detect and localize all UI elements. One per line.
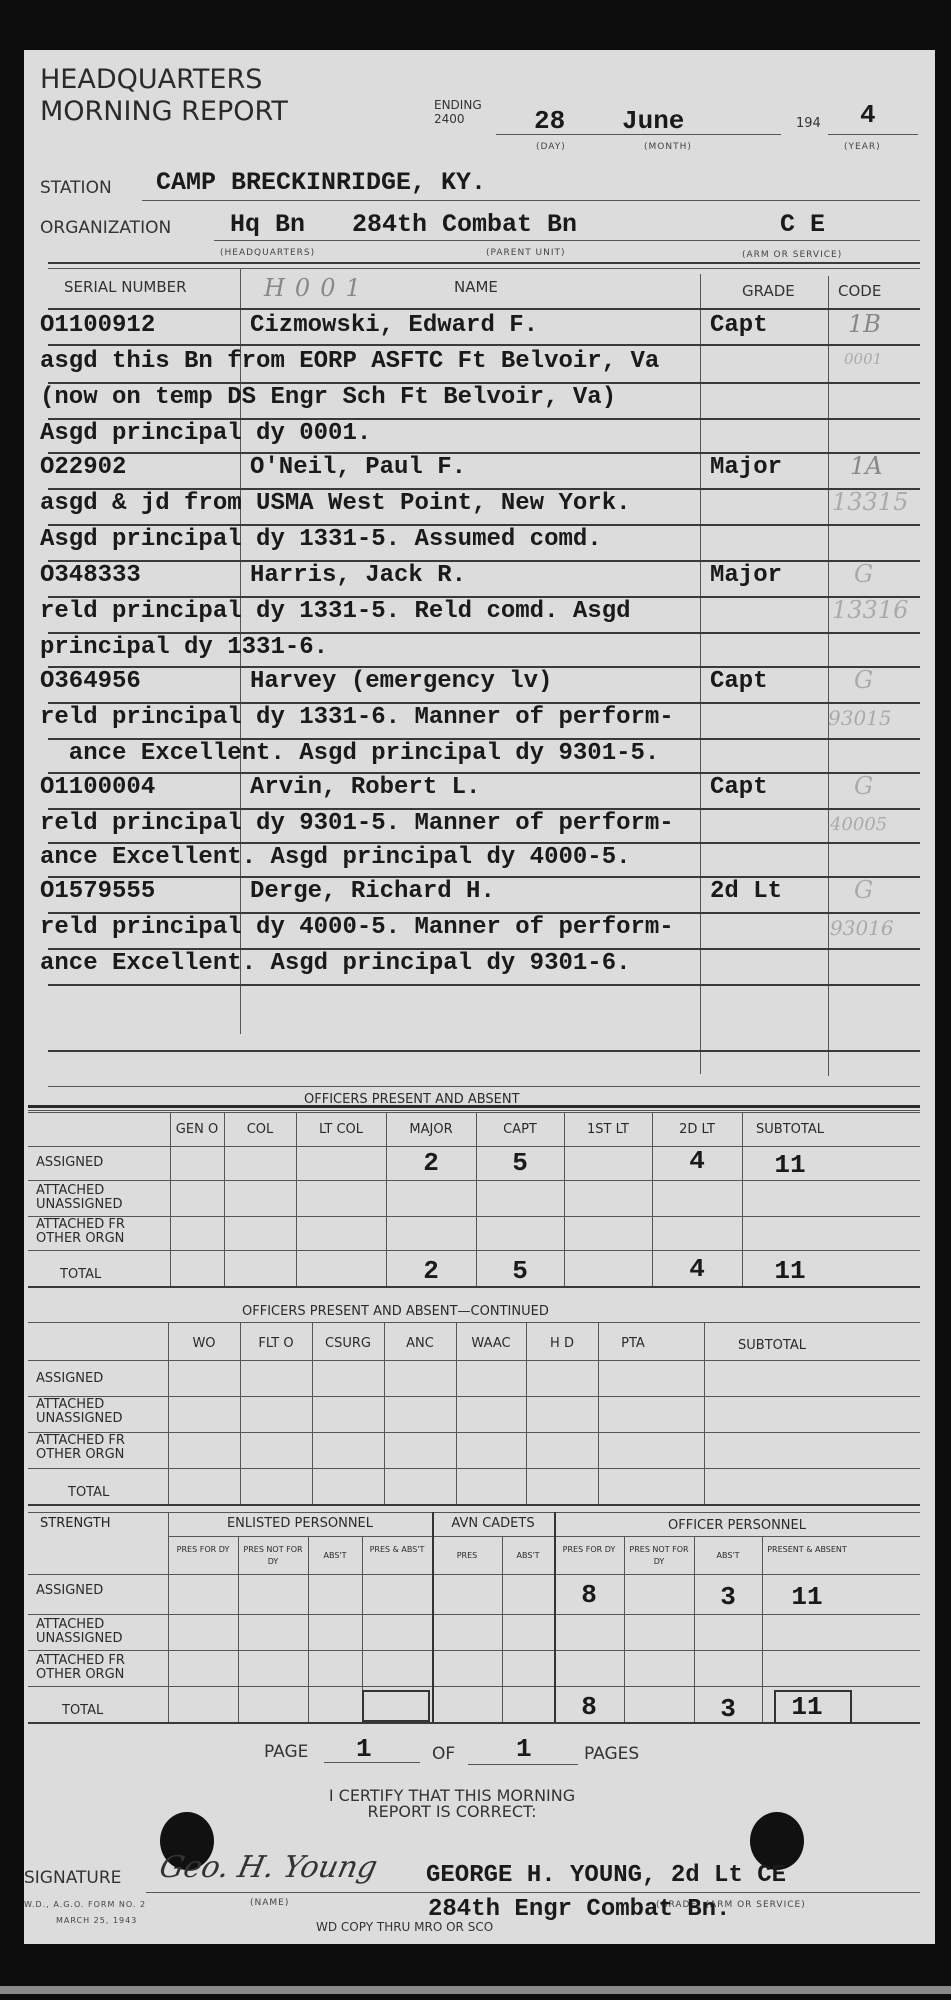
col-enl-pres-not-for-dy: PRES NOT FOR DY <box>238 1544 308 1568</box>
entry-code: 93015 <box>828 706 892 730</box>
entry-name: Cizmowski, Edward F. <box>250 312 538 339</box>
arm-caption: (ARM OR SERVICE) <box>742 250 842 260</box>
entry-remark: principal dy 1331-6. <box>40 634 328 661</box>
pages-label: PAGES <box>584 1744 639 1764</box>
entry-serial: O1100004 <box>40 774 155 801</box>
group-officer-personnel: OFFICER PERSONNEL <box>554 1518 920 1533</box>
entry-grade: Major <box>710 454 782 481</box>
table-rule <box>28 1574 920 1575</box>
entry-serial: O22902 <box>40 454 126 481</box>
col-name: NAME <box>454 278 498 296</box>
entry-remark: (now on temp DS Engr Sch Ft Belvoir, Va) <box>40 384 616 411</box>
row-rule <box>48 452 920 454</box>
col-off-present-absent: PRESENT & ABSENT <box>762 1544 852 1556</box>
certification-line-2: REPORT IS CORRECT: <box>282 1804 622 1820</box>
table-rule <box>28 1110 920 1111</box>
col-1st-lt: 1ST LT <box>564 1122 652 1137</box>
entry-name: Harris, Jack R. <box>250 562 466 589</box>
entry-code: 13315 <box>832 488 908 516</box>
form-date: MARCH 25, 1943 <box>56 1916 137 1925</box>
entry-code: G <box>854 876 873 904</box>
organization-headquarters: Hq Bn <box>230 210 305 239</box>
total-off-pres-for-dy: 8 <box>554 1692 624 1722</box>
entry-remark: reld principal dy 4000-5. Manner of perf… <box>40 914 674 941</box>
col-capt: CAPT <box>476 1122 564 1137</box>
signature-underline <box>146 1892 920 1893</box>
assigned-off-pres-for-dy: 8 <box>554 1580 624 1610</box>
row-rule <box>48 772 920 774</box>
entry-remark: ance Excellent. Asgd principal dy 9301-5… <box>40 740 659 767</box>
col-flt-o: FLT O <box>240 1336 312 1351</box>
entry-code: 1B <box>848 310 881 338</box>
col-subtotal: SUBTOTAL <box>742 1122 838 1137</box>
col-gen-o: GEN O <box>170 1122 224 1137</box>
total-pages: 1 <box>516 1734 532 1764</box>
entry-name: Derge, Richard H. <box>250 878 495 905</box>
entry-serial: O1100912 <box>40 312 155 339</box>
entry-serial: O1579555 <box>40 878 155 905</box>
col-divider <box>308 1536 309 1722</box>
col-enl-pres-for-dy: PRES FOR DY <box>168 1544 238 1556</box>
row-total: TOTAL <box>62 1704 103 1718</box>
morning-report-form: HEADQUARTERS MORNING REPORT ENDING 2400 … <box>24 50 935 1944</box>
col-col: COL <box>224 1122 296 1137</box>
row-total: TOTAL <box>68 1486 109 1500</box>
parent-unit-caption: (PARENT UNIT) <box>486 248 566 258</box>
row-assigned: ASSIGNED <box>36 1372 103 1386</box>
station-label: STATION <box>40 178 112 198</box>
title-line-1: HEADQUARTERS <box>40 64 288 96</box>
col-csurg: CSURG <box>312 1336 384 1351</box>
total-2d-lt: 4 <box>652 1254 742 1284</box>
table-rule <box>28 1432 920 1433</box>
signature-label: SIGNATURE <box>24 1868 121 1888</box>
entry-serial: O364956 <box>40 668 141 695</box>
total-subtotal: 11 <box>742 1256 838 1286</box>
headquarters-caption: (HEADQUARTERS) <box>220 248 315 258</box>
col-divider <box>224 1112 225 1286</box>
organization-arm-service: C E <box>780 210 825 239</box>
col-wo: WO <box>168 1336 240 1351</box>
entries-top-rule-2 <box>48 268 920 269</box>
organization-underline <box>214 240 920 241</box>
assigned-off-abst: 3 <box>694 1582 762 1612</box>
officers-table-title: OFFICERS PRESENT AND ABSENT <box>304 1092 520 1107</box>
group-enlisted-personnel: ENLISTED PERSONNEL <box>168 1516 432 1531</box>
col-enl-pres-abst: PRES & ABS'T <box>362 1544 432 1556</box>
entry-code: 0001 <box>844 350 882 368</box>
table-rule <box>28 1512 920 1513</box>
entry-grade: Capt <box>710 312 768 339</box>
row-rule <box>48 984 920 986</box>
total-capt: 5 <box>476 1256 564 1286</box>
entry-remark: reld principal dy 1331-5. Reld comd. Asg… <box>40 598 631 625</box>
col-waac: WAAC <box>456 1336 526 1351</box>
handwritten-note: H001 <box>264 274 371 302</box>
table-rule <box>28 1216 920 1217</box>
entry-code: 93016 <box>830 916 894 940</box>
table-rule <box>28 1286 920 1288</box>
assigned-major: 2 <box>386 1148 476 1178</box>
table-rule <box>28 1614 920 1615</box>
report-day: 28 <box>534 106 565 136</box>
day-caption: (DAY) <box>536 142 566 152</box>
col-serial-number: SERIAL NUMBER <box>64 278 187 296</box>
section-rule <box>28 1112 920 1113</box>
table-rule <box>28 1322 920 1323</box>
row-attached-unassigned: ATTACHED UNASSIGNED <box>36 1184 146 1212</box>
entry-code: G <box>854 772 873 800</box>
row-attached-unassigned: ATTACHED UNASSIGNED <box>36 1618 146 1646</box>
col-hd: H D <box>526 1336 598 1351</box>
entry-code: 1A <box>850 452 883 480</box>
officers-continued-title: OFFICERS PRESENT AND ABSENT—CONTINUED <box>242 1304 549 1319</box>
certification-text: I CERTIFY THAT THIS MORNING REPORT IS CO… <box>282 1788 622 1820</box>
grade-code-divider <box>828 276 829 1076</box>
assigned-subtotal: 11 <box>742 1150 838 1180</box>
col-grade: GRADE <box>742 282 795 300</box>
row-rule <box>48 308 920 310</box>
strength-label: STRENGTH <box>40 1516 111 1531</box>
row-attached-fr-other: ATTACHED FR OTHER ORGN <box>36 1434 146 1462</box>
typed-name: GEORGE H. YOUNG, 2d Lt CE <box>426 1862 786 1889</box>
ending-label-text: ENDING <box>434 98 482 112</box>
total-pages-underline <box>468 1764 578 1765</box>
row-attached-fr-other: ATTACHED FR OTHER ORGN <box>36 1218 146 1246</box>
total-off-abst: 3 <box>694 1694 762 1724</box>
row-total: TOTAL <box>60 1268 101 1282</box>
assigned-off-present-absent: 11 <box>762 1582 852 1612</box>
year-caption: (YEAR) <box>844 142 881 152</box>
of-label: OF <box>432 1744 455 1764</box>
table-rule <box>28 1468 920 1469</box>
report-year: 4 <box>860 100 876 130</box>
entry-code: G <box>854 560 873 588</box>
form-title: HEADQUARTERS MORNING REPORT <box>40 64 288 128</box>
unit-line: 284th Engr Combat Bn. <box>428 1896 730 1923</box>
col-subtotal-continued: SUBTOTAL <box>704 1338 840 1353</box>
col-anc: ANC <box>384 1336 456 1351</box>
row-rule <box>48 1086 920 1087</box>
title-line-2: MORNING REPORT <box>40 96 288 128</box>
ending-time: 2400 <box>434 112 482 126</box>
wd-copy-note: WD COPY THRU MRO OR SCO <box>316 1920 493 1934</box>
entry-serial: O348333 <box>40 562 141 589</box>
assigned-capt: 5 <box>476 1148 564 1178</box>
entry-name: Arvin, Robert L. <box>250 774 480 801</box>
report-month: June <box>622 106 684 136</box>
col-lt-col: LT COL <box>296 1122 386 1137</box>
ending-label: ENDING 2400 <box>434 98 482 126</box>
enl-total-box <box>362 1690 430 1722</box>
organization-label: ORGANIZATION <box>40 218 171 238</box>
col-divider <box>502 1536 503 1722</box>
entry-grade: Capt <box>710 774 768 801</box>
table-rule <box>28 1250 920 1251</box>
year-underline <box>828 134 918 135</box>
row-rule <box>48 344 920 346</box>
row-attached-unassigned: ATTACHED UNASSIGNED <box>36 1398 146 1426</box>
entry-grade: Major <box>710 562 782 589</box>
col-code: CODE <box>838 282 881 300</box>
table-rule <box>28 1396 920 1397</box>
name-caption: (NAME) <box>250 1898 289 1908</box>
entry-remark: reld principal dy 9301-5. Manner of perf… <box>40 810 674 837</box>
entry-remark: asgd & jd from USMA West Point, New York… <box>40 490 631 517</box>
entry-code: 40005 <box>830 814 887 835</box>
entry-name: O'Neil, Paul F. <box>250 454 466 481</box>
col-off-abst: ABS'T <box>694 1550 762 1562</box>
entry-name: Harvey (emergency lv) <box>250 668 552 695</box>
entry-code: G <box>854 666 873 694</box>
table-rule <box>168 1536 920 1537</box>
table-rule <box>28 1360 920 1361</box>
table-rule <box>28 1650 920 1651</box>
col-off-pres-not-for-dy: PRES NOT FOR DY <box>624 1544 694 1568</box>
row-rule <box>48 560 920 562</box>
col-enl-abst: ABS'T <box>308 1550 362 1562</box>
entry-grade: Capt <box>710 668 768 695</box>
organization-parent-unit: 284th Combat Bn <box>352 210 577 239</box>
handwritten-signature: Geo. H. Young <box>156 1850 380 1885</box>
row-rule <box>48 1050 920 1052</box>
film-edge <box>0 1986 951 1994</box>
entry-code: 13316 <box>832 596 908 624</box>
col-cadet-pres: PRES <box>432 1550 502 1562</box>
station-value: CAMP BRECKINRIDGE, KY. <box>156 168 486 197</box>
col-major: MAJOR <box>386 1122 476 1137</box>
row-assigned: ASSIGNED <box>36 1584 103 1598</box>
col-divider <box>296 1112 297 1286</box>
station-underline <box>142 200 920 201</box>
month-caption: (MONTH) <box>644 142 692 152</box>
col-2d-lt: 2D LT <box>652 1122 742 1137</box>
table-rule <box>28 1686 920 1687</box>
table-rule <box>28 1146 920 1147</box>
form-number: W.D., A.G.O. FORM NO. 2 <box>24 1900 146 1909</box>
year-prefix: 194 <box>796 116 821 131</box>
entry-remark: Asgd principal dy 0001. <box>40 420 371 447</box>
page-number: 1 <box>356 1734 372 1764</box>
entry-grade: 2d Lt <box>710 878 782 905</box>
page-underline <box>324 1762 420 1763</box>
entry-remark: ance Excellent. Asgd principal dy 9301-6… <box>40 950 631 977</box>
total-off-present-absent: 11 <box>762 1692 852 1722</box>
group-avn-cadets: AVN CADETS <box>432 1516 554 1531</box>
group-divider <box>432 1512 434 1722</box>
entry-remark: Asgd principal dy 1331-5. Assumed comd. <box>40 526 602 553</box>
entry-remark: reld principal dy 1331-6. Manner of perf… <box>40 704 674 731</box>
row-attached-fr-other: ATTACHED FR OTHER ORGN <box>36 1654 146 1682</box>
name-grade-divider <box>700 274 701 1074</box>
table-rule <box>28 1180 920 1181</box>
col-pta: PTA <box>598 1336 668 1351</box>
entry-remark: ance Excellent. Asgd principal dy 4000-5… <box>40 844 631 871</box>
col-cadet-abst: ABS'T <box>502 1550 554 1562</box>
col-divider <box>170 1112 171 1286</box>
assigned-2d-lt: 4 <box>652 1146 742 1176</box>
row-assigned: ASSIGNED <box>36 1156 103 1170</box>
table-rule <box>28 1504 920 1506</box>
entry-remark: asgd this Bn from EORP ASFTC Ft Belvoir,… <box>40 348 659 375</box>
total-major: 2 <box>386 1256 476 1286</box>
page-label: PAGE <box>264 1742 308 1762</box>
col-off-pres-for-dy: PRES FOR DY <box>554 1544 624 1556</box>
col-divider <box>564 1112 565 1286</box>
entries-top-rule <box>48 262 920 264</box>
